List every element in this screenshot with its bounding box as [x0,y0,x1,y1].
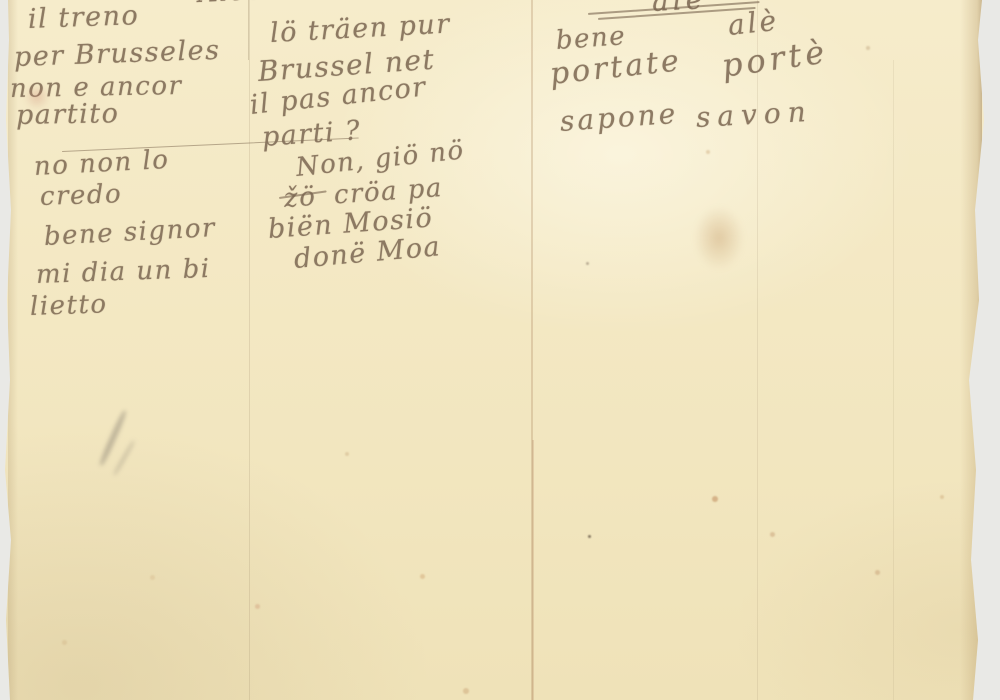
fold-line [248,0,249,60]
stain [694,206,744,270]
foxing-spot [940,495,944,499]
handwriting-line: bene signor [43,215,216,250]
foxing-spot [255,604,260,609]
foxing-spot [62,640,67,645]
handwriting-line: il treno [28,2,140,33]
foxing-spot [586,262,589,265]
foxing-spot [712,496,718,502]
scanned-document: il treno per Brusseles non e ancor parti… [0,0,1000,700]
crossed-out-word: žö [283,182,317,214]
stain [24,84,50,110]
handwriting-line: lietto [30,291,108,320]
pencil-smudge [112,440,135,477]
foxing-spot [463,688,469,694]
handwriting-line: alè [727,7,781,40]
foxing-spot [770,532,775,537]
handwriting-line: parti ? [261,117,362,151]
foxing-spot [150,575,155,580]
handwriting-line: lö träen pur [269,11,451,47]
fold-line [532,440,534,700]
handwriting-line: mi dia un bi [36,256,211,288]
handwriting-line: per Brusseles [14,37,221,71]
handwriting-line: portè [720,35,830,82]
handwriting-line: credo [40,181,123,210]
foxing-spot [345,452,349,456]
handwriting-line: no non lo [33,147,170,180]
paper-right-edge [960,0,982,700]
foxing-spot [875,570,880,575]
paper-sheet: il treno per Brusseles non e ancor parti… [0,0,1000,700]
foxing-spot [866,46,870,50]
foxing-spot [706,150,710,154]
cut-off-word: Aleo [197,0,265,7]
fold-line [893,60,894,700]
foxing-spot [420,574,425,579]
handwriting-line: savon [695,98,813,132]
handwriting-line: sapone [559,100,679,136]
foxing-spot [588,535,591,538]
